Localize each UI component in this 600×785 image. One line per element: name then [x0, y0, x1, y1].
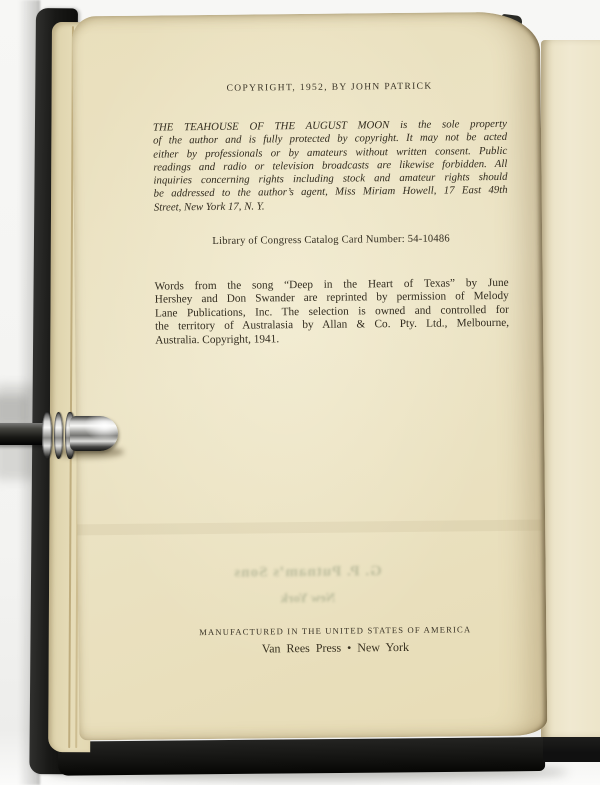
notice-line: Street, New York 17, N. Y. [154, 198, 508, 215]
photo-background: COPYRIGHT, 1952, BY JOHN PATRICK THE TEA… [0, 0, 600, 785]
pen-ring [42, 412, 52, 459]
pen-chrome-tip [70, 416, 118, 451]
rights-notice: THE TEAHOUSE OF THE AUGUST MOON is the s… [153, 118, 508, 215]
loc-catalog-number-line: Library of Congress Catalog Card Number:… [154, 233, 508, 248]
facing-page [541, 40, 600, 737]
manufactured-line: MANUFACTURED IN THE UNITED STATES OF AME… [158, 624, 512, 638]
pen-ring [54, 412, 64, 459]
copyright-line: COPYRIGHT, 1952, BY JOHN PATRICK [153, 81, 507, 95]
paper-tone-band [77, 519, 545, 535]
metal-pen [0, 405, 130, 465]
copyright-page: COPYRIGHT, 1952, BY JOHN PATRICK THE TEA… [72, 12, 548, 741]
showthrough-city-text: New York [108, 588, 508, 608]
song-permission-notice: Words from the song “Deep in the Heart o… [155, 277, 510, 348]
song-line: Australia. Copyright, 1941. [155, 330, 509, 347]
press-imprint-line: Van Rees Press • New York [158, 639, 512, 658]
showthrough-publisher-text: G. P. Putnam’s Sons [108, 562, 508, 583]
book-cover-bottom-edge [58, 737, 545, 776]
